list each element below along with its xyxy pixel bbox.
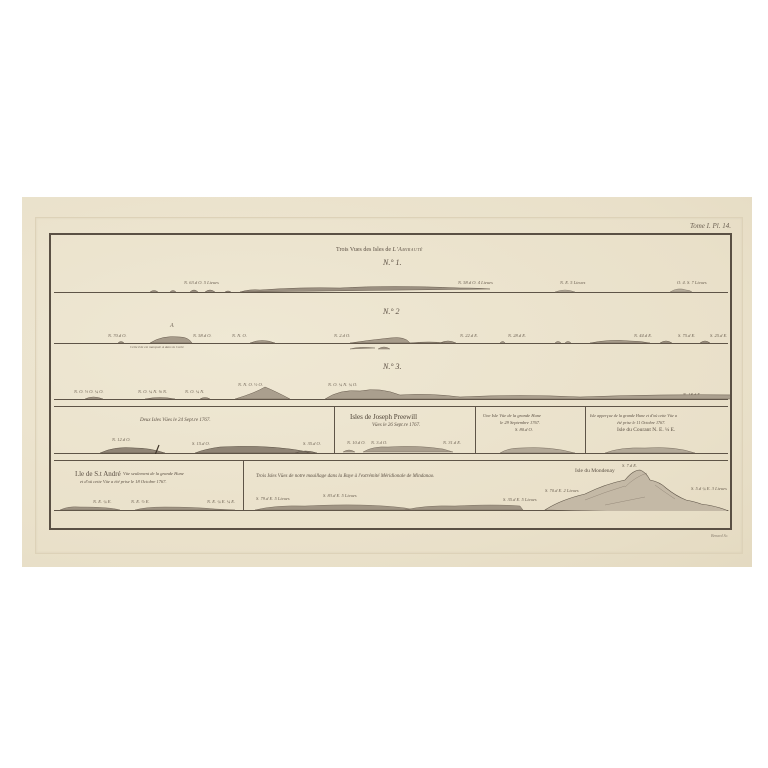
bearing-label: S. 80.d O. bbox=[515, 427, 533, 432]
divider-line bbox=[54, 460, 728, 461]
panel-title: Isle du Courant N. E. ¼ E. bbox=[617, 427, 675, 433]
panel-title: I.le de S.t André bbox=[75, 470, 121, 478]
section-3-number: N.° 3. bbox=[383, 362, 402, 371]
panel-caption: Deux Isles Vües le 24 Sept.re 1767. bbox=[140, 418, 211, 423]
panel-caption: Une Isle Vüe de la grande Hune bbox=[483, 413, 541, 418]
panel-caption: Isle apperçue de la grande Hune et d'où … bbox=[590, 413, 677, 418]
plate-number: Tome I. Pl. 14. bbox=[690, 222, 731, 230]
coastline-profile-6 bbox=[495, 443, 585, 453]
coastline-profile-2 bbox=[60, 333, 730, 353]
coastline-profile-5 bbox=[338, 441, 474, 453]
coastline-profile-1 bbox=[150, 284, 740, 293]
panel-divider bbox=[475, 406, 476, 453]
panel-subtitle: Vües le 26 Sept.re 1767. bbox=[372, 423, 420, 428]
panel-divider bbox=[585, 406, 586, 453]
panel-caption: et d'où cette Vüe a été prise le 18 Octo… bbox=[80, 479, 167, 484]
section-1-title: Trois Vues des Isles de L'Amirauté bbox=[336, 247, 423, 253]
panel-caption: le 29 Septembre 1767. bbox=[500, 420, 540, 425]
panel-caption: été prise le 11 Octobre 1767. bbox=[617, 420, 665, 425]
panel-title: Isles de Joseph Preewill bbox=[350, 413, 417, 421]
title-prefix: Trois Vues des Isles de bbox=[336, 247, 391, 253]
coastline-profile-8 bbox=[55, 503, 245, 511]
engraver-signature: Benard Sc. bbox=[711, 533, 728, 538]
marker-a: A bbox=[170, 323, 174, 329]
section-1-number: N.° 1. bbox=[383, 258, 402, 267]
section-2-number: N.° 2 bbox=[383, 307, 400, 316]
coastline-profile-4 bbox=[95, 440, 335, 454]
coastline-profile-9 bbox=[245, 465, 730, 511]
divider-line bbox=[54, 406, 728, 407]
title-name: L'Amirauté bbox=[392, 247, 422, 253]
coastline-profile-3 bbox=[60, 384, 730, 400]
coastline-profile-7 bbox=[600, 443, 720, 453]
panel-caption: Vüe seulement de la grande Hune bbox=[123, 471, 184, 476]
